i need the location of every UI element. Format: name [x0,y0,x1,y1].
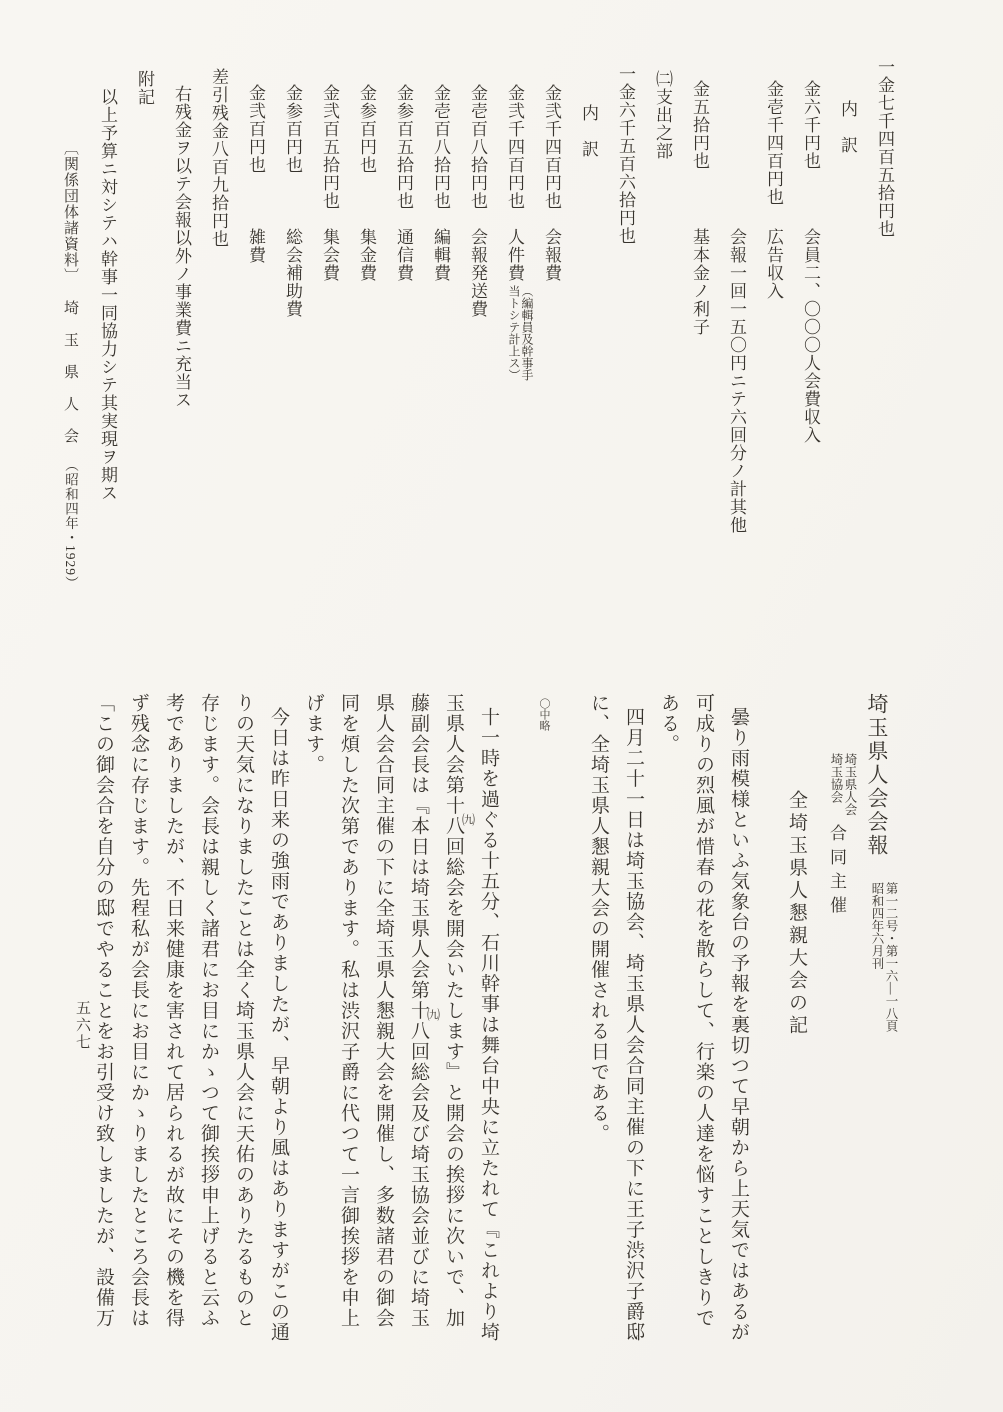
article-line: 今日は昨日来の強雨でありましたが、早朝より風はありますがこの通 [261,693,296,1358]
expense-amount: 金弐百円也 [246,84,265,174]
host-2: 埼玉協会 [829,753,843,816]
breakdown-label: 内 訳 [570,58,607,618]
expense-amount: 金参百五拾円也 [394,84,413,210]
appendix-text: 以上予算ニ対シテハ幹事一同協力シテ其実現ヲ期ス [89,58,126,618]
expense-total: 一金六千五百六拾円也 [607,58,644,618]
article-title-column: 埼玉県人会会報第一二号・第一六―一八頁昭和四年六月刊 [857,693,898,1358]
expense-item: 集金費 [348,228,385,282]
expense-item: 通信費 [385,228,422,282]
article-subtitle: 全埼玉県人懇親大会の記 [776,693,816,1358]
issue-note: 第一二号・第一六―一八頁昭和四年六月刊 [870,882,898,1032]
article-line: 可成りの烈風が惜春の花を散らして、行楽の人達を悩すことしきりで [686,693,721,1358]
expense-line: 金壱百八拾円也 編輯費 [422,58,459,618]
article-line: 存じます。会長は親しく諸君にお目にかゝつて御挨拶申上げると云ふ [191,693,226,1358]
expense-item: 雑費 [237,228,274,264]
expense-line: 金弐千四百円也 会報費 [533,58,570,618]
hosts-suffix: 合同主催 [816,824,856,920]
income-amount: 金五拾円也 [690,80,709,170]
article-line: 曇り雨模様といふ気象台の予報を裏切つて早朝から上天気ではあるが [721,693,756,1358]
income-amount: 金壱千四百円也 [764,80,783,206]
article-line-text: 玉県人会第十八回総会を開会いたします』と開会の挨拶に次いで、加 [443,693,464,1329]
ellipsis-note: 〇中略 [526,693,561,1358]
expense-item-inline-note: （編輯員及幹事手当トシテ計上ス） [507,285,533,381]
source-organization: 埼 玉 県 人 会 [51,300,88,444]
article-line: 藤副会長は『本日は埼玉県人会第十八回総会及び埼玉協会並びに埼玉 ㈨ [401,693,436,1358]
article-line: ず残念に存じます。先程私が会長にお目にかゝりましたところ会長は [121,693,156,1358]
expense-line: 金参百円也 集金費 [348,58,385,618]
income-total: 一金七千四百五拾円也 [866,58,903,618]
document-page: 一金七千四百五拾円也 内 訳 金六千円也 会員二、〇〇〇人会費収入 金壱千四百円… [0,0,1003,1412]
balance-note: 右残金ヲ以テ会報以外ノ事業費ニ充当ス [163,58,200,618]
balance-line: 差引残金八百九拾円也 [200,58,237,618]
issue-number: 第一二号・第一六―一八頁 [884,882,898,1032]
expense-amount: 金参百円也 [283,84,302,174]
issue-date: 昭和四年六月刊 [870,882,884,1032]
expense-amount: 金参百円也 [357,84,376,174]
budget-section: 一金七千四百五拾円也 内 訳 金六千円也 会員二、〇〇〇人会費収入 金壱千四百円… [25,58,903,618]
expense-item: 会報発送費 [459,228,496,318]
article-line: ある。 [651,693,686,1358]
income-item: 会員二、〇〇〇人会費収入 [792,228,829,444]
expense-line: 金弐千四百円也 人件費（編輯員及幹事手当トシテ計上ス） [496,58,533,618]
page-number: 五六七 [72,1000,93,1051]
expense-item-label: 人件費 [505,228,524,282]
expense-item: 集会費 [311,228,348,282]
article-line: 四月二十一日は埼玉協会、埼玉県人会合同主催の下に王子渋沢子爵邸 [616,693,651,1358]
income-line: 金六千円也 会員二、〇〇〇人会費収入 [792,58,829,618]
article-line: 考でありましたが、不日来健康を害されて居られるが故にその機を得 [156,693,191,1358]
article-line: 玉県人会第十八回総会を開会いたします』と開会の挨拶に次いで、加 ㈨ [436,693,471,1358]
expense-line: 金参百五拾円也 通信費 [385,58,422,618]
article-title: 埼玉県人会会報 [865,693,889,858]
expense-item: 編輯費 [422,228,459,282]
hosts-column: 埼玉県人会埼玉協会合同主催 [816,693,857,1358]
income-amount: 金六千円也 [801,80,820,170]
income-item-note: 会報一回一五〇円ニテ六回分ノ計其他 [718,58,755,618]
hosts-note: 埼玉県人会埼玉協会 [829,753,857,816]
expense-amount: 金弐千四百円也 [505,84,524,210]
expense-amount: 金弐百五拾円也 [320,84,339,210]
host-1: 埼玉県人会 [843,753,857,816]
correction-mark: ㈨ [423,1008,442,1021]
article-line: りの天気になりましたことは全く埼玉県人会に天佑のありたるものと [226,693,261,1358]
appendix-label: 附記 [126,58,163,618]
expense-line: 金弐百五拾円也 集会費 [311,58,348,618]
source-year: （昭和四年・1929） [52,458,89,591]
expense-line: 金弐百円也 雑費 [237,58,274,618]
income-item: 広告収入 [755,228,792,300]
breakdown-label: 内 訳 [829,58,866,618]
article-line: 県人会合同主催の下に全埼玉県人懇親大会を開催し、多数諸君の御会 [366,693,401,1358]
income-line: 金五拾円也 基本金ノ利子 [681,58,718,618]
expense-item: 総会補助費 [274,228,311,318]
expense-section-label: ㈡支出之部 [644,58,681,618]
article-line: に、全埼玉県人懇親大会の開催される日である。 [581,693,616,1358]
expense-item: 会報費 [533,228,570,282]
article-line: 同を煩した次第であります。私は渋沢子爵に代つて一言御挨拶を申上 [331,693,366,1358]
expense-line: 金壱百八拾円也 会報発送費 [459,58,496,618]
source-collection: 〔関係団体諸資料〕 [51,140,88,284]
expense-item: 人件費（編輯員及幹事手当トシテ計上ス） [496,228,533,381]
expense-amount: 金壱百八拾円也 [468,84,487,210]
source-note: 〔関係団体諸資料〕埼 玉 県 人 会（昭和四年・1929） [51,58,89,618]
expense-amount: 金弐千四百円也 [542,84,561,210]
expense-amount: 金壱百八拾円也 [431,84,450,210]
correction-mark: ㈨ [458,813,477,826]
article-section: 埼玉県人会会報第一二号・第一六―一八頁昭和四年六月刊 埼玉県人会埼玉協会合同主催… [86,693,898,1358]
income-item: 基本金ノ利子 [681,228,718,336]
expense-line: 金参百円也 総会補助費 [274,58,311,618]
income-line: 金壱千四百円也 広告収入 [755,58,792,618]
article-line: 十一時を過ぐる十五分、石川幹事は舞台中央に立たれて『これより埼 [471,693,506,1358]
article-line: げます。 [296,693,331,1358]
